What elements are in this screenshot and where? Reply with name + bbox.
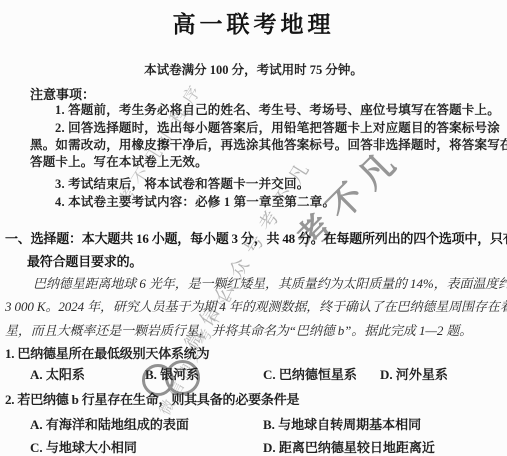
- exam-paper: 考不凡小程序 微信公众号考不凡 微信搜索考不凡 考不凡 高一联考地理 本试卷满分…: [0, 0, 507, 456]
- notice-line-2: 2. 回答选择题时，选出每小题答案后，用铅笔把答题卡上对应题目的答案标号涂: [30, 118, 484, 136]
- passage-line-1: 巴纳德星距离地球 6 光年，是一颗红矮星，其质量约为太阳质量的 14%，表面温度…: [5, 273, 505, 292]
- passage-line-3: 星，而且大概率还是一颗岩质行星，并将其命名为“巴纳德 b”。据此完成 1—2 题…: [5, 320, 505, 339]
- question-2-option-b: B. 与地球自转周期基本相同: [263, 414, 421, 433]
- question-2-option-c: C. 与地球大小相同: [30, 437, 137, 456]
- notice-line-3: 3. 考试结束后，将本试卷和答题卡一并交回。: [30, 174, 484, 192]
- question-1-options: A. 太阳系 B. 银河系 C. 巴纳德恒星系 D. 河外星系: [0, 364, 507, 380]
- question-1-option-a: A. 太阳系: [30, 364, 85, 383]
- passage-line-2: 3 000 K。2024 年，研究人员基于为期 4 年的观测数据，终于确认了在巴…: [5, 296, 505, 315]
- section-1-header-cont: 最符合题目要求的。: [27, 251, 507, 270]
- notice-line-1: 1. 答题前，考生务必将自己的姓名、考生号、考场号、座位号填写在答题卡上。: [30, 100, 484, 118]
- exam-score-time-line: 本试卷满分 100 分，考试用时 75 分钟。: [0, 60, 507, 78]
- notice-line-4: 4. 本试卷主要考试内容：必修 1 第一章至第二章。: [30, 192, 484, 210]
- question-2-stem: 2. 若巴纳德 b 行星存在生命，则其具备的必要条件是: [5, 389, 505, 408]
- question-2-option-d: D. 距离巴纳德星较日地距离近: [263, 437, 435, 456]
- notice-line-2-cont2: 答题卡上。写在本试卷上无效。: [30, 152, 484, 170]
- question-1-option-d: D. 河外星系: [380, 364, 448, 383]
- section-1-header: 一、选择题：本大题共 16 小题，每小题 3 分，共 48 分。在每题所列出的四…: [5, 228, 505, 247]
- page-title: 高一联考地理: [0, 6, 507, 39]
- question-2-options-row-2: C. 与地球大小相同 D. 距离巴纳德星较日地距离近: [0, 437, 507, 453]
- question-1-option-b: B. 银河系: [145, 364, 199, 383]
- notice-line-2-cont: 黑。如需改动，用橡皮擦干净后，再选涂其他答案标号。回答非选择题时，将答案写在: [30, 135, 484, 153]
- question-2-option-a: A. 有海洋和陆地组成的表面: [30, 414, 189, 433]
- question-2-options-row-1: A. 有海洋和陆地组成的表面 B. 与地球自转周期基本相同: [0, 414, 507, 430]
- question-1-option-c: C. 巴纳德恒星系: [263, 364, 357, 383]
- question-1-stem: 1. 巴纳德星所在最低级别天体系统为: [5, 343, 505, 362]
